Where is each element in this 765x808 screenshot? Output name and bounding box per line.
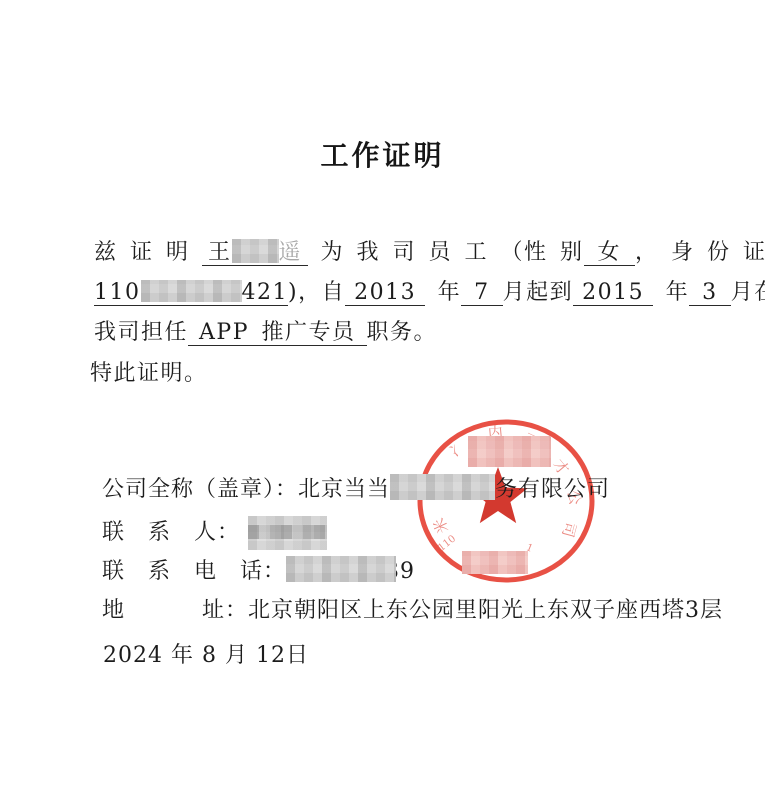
issue-date-line: 2024 年 8 月 12日 (103, 641, 309, 671)
unit-year-to: 年 (666, 280, 690, 305)
employee-name-tail: 遥 (279, 240, 303, 265)
employee-name-blank: 王遥 (202, 240, 308, 266)
company-suffix: 务有限公司 (495, 477, 610, 502)
document-title: 工作证明 (0, 134, 765, 174)
company-redaction-blur (390, 474, 495, 500)
name-redaction-blur (232, 239, 279, 263)
line1-pre-text: 兹 证 明 (94, 240, 190, 265)
work-certificate-document: 工作证明 兹 证 明 王遥 为 我 司 员 工 （性 别女， 身 份 证 号 1… (0, 0, 765, 808)
paragraph-line-2: 110421)，自2013 年7月起到2015 年3月在 (94, 278, 765, 308)
contact-redaction-blur (248, 516, 327, 550)
stamp-redaction-blur-bottom (462, 551, 528, 574)
phone-label: 联 系 电 话： (102, 559, 286, 584)
line3-pre-text: 我司担任 (94, 320, 188, 345)
id-prefix: 110 (94, 280, 141, 305)
address-label: 地 址： (102, 598, 248, 623)
contact-label: 联 系 人： (102, 520, 240, 545)
stamp-redaction-blur-top (468, 436, 551, 467)
paragraph-line-1: 兹 证 明 王遥 为 我 司 员 工 （性 别女， 身 份 证 号 (94, 238, 765, 268)
line2-end-text: 月在 (731, 280, 765, 305)
closing-line: 特此证明。 (90, 359, 208, 389)
job-title-blank: APP 推广专员 (188, 320, 367, 346)
paragraph-line-3: 我司担任APP 推广专员职务。 (94, 318, 437, 348)
phone-redaction-blur (286, 556, 396, 582)
gender-blank: 女 (584, 240, 636, 266)
company-prefix: 北京当当 (298, 477, 390, 502)
year-to-blank: 2015 (573, 280, 653, 306)
id-number-blank: 110421 (94, 280, 288, 306)
line3-post-text: 职务。 (367, 320, 438, 345)
line1-mid-text: 为 我 司 员 工 （性 别 (321, 240, 584, 265)
employee-name-visible: 王 (208, 240, 232, 265)
year-from-blank: 2013 (345, 280, 425, 306)
id-suffix: 421 (242, 280, 289, 305)
month-to-blank: 3 (689, 280, 731, 306)
month-from-blank: 7 (461, 280, 503, 306)
line2-mid2-text: 月起到 (503, 280, 574, 305)
line2-mid1-text: )，自 (288, 280, 345, 305)
unit-year-from: 年 (438, 280, 462, 305)
contact-person-line: 联 系 人： (102, 516, 327, 550)
contact-phone-line: 联 系 电 话：39 (102, 556, 415, 587)
address-value: 北京朝阳区上东公园里阳光上东双子座西塔3层 (248, 598, 723, 623)
line1-post-text: ， 身 份 证 号 (635, 240, 765, 265)
company-name-line: 公司全称（盖章）：北京当当务有限公司 (102, 474, 610, 505)
address-line: 地 址：北京朝阳区上东公园里阳光上东双子座西塔3层 (102, 596, 723, 626)
company-label: 公司全称（盖章）： (102, 477, 298, 502)
id-redaction-blur (141, 280, 242, 302)
